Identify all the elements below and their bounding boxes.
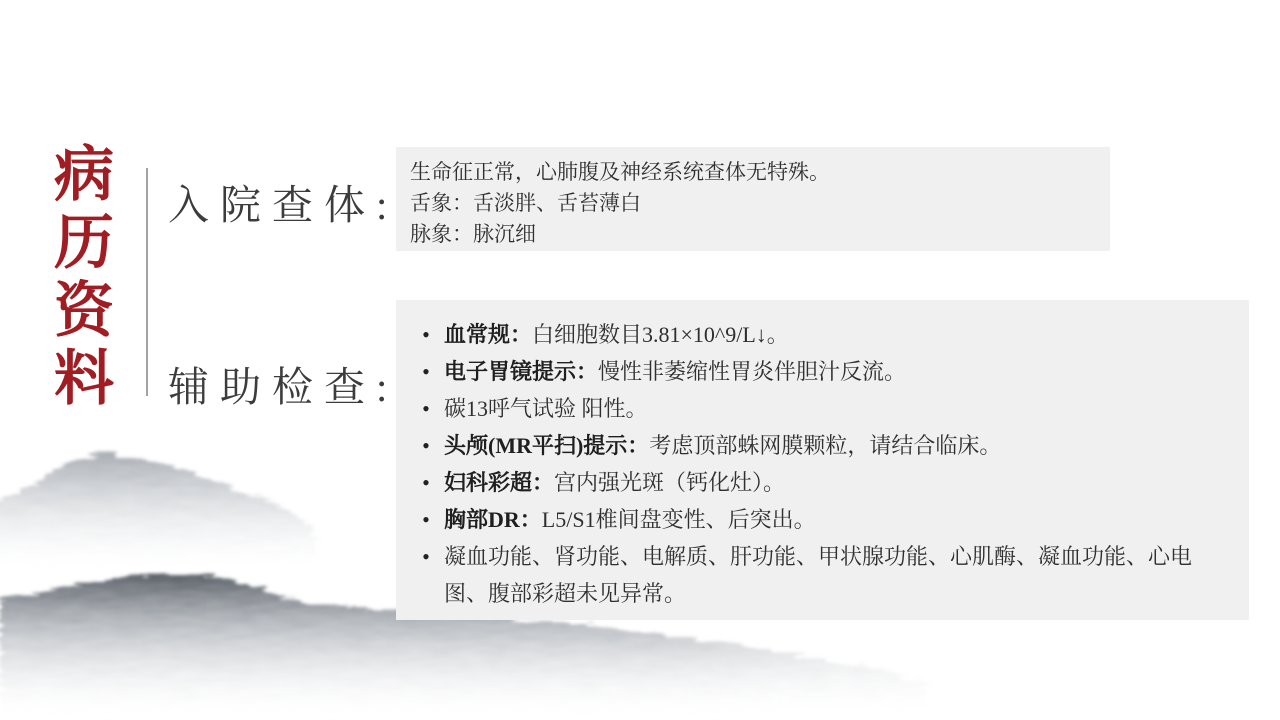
item-lead: 血常规： xyxy=(444,322,532,347)
item-text: 白细胞数目3.81×10^9/L↓。 xyxy=(532,322,789,347)
item-lead: 妇科彩超： xyxy=(444,470,554,495)
item-lead: 电子胃镜提示： xyxy=(444,359,598,384)
exam-line-vitals: 生命征正常，心肺腹及神经系统查体无特殊。 xyxy=(410,157,1094,188)
item-text: 考虑顶部蛛网膜颗粒，请结合临床。 xyxy=(649,433,1001,458)
list-item-chest-dr: • 胸部DR：L5/S1椎间盘变性、后突出。 xyxy=(408,501,1221,538)
bullet-icon: • xyxy=(408,538,444,575)
far-hill-shape xyxy=(0,454,318,575)
bullet-icon: • xyxy=(408,390,444,427)
list-item-head-mr: • 头颅(MR平扫)提示：考虑顶部蛛网膜颗粒，请结合临床。 xyxy=(408,427,1221,464)
list-item-breath-test: • 碳13呼气试验 阳性。 xyxy=(408,390,1221,427)
bullet-icon: • xyxy=(408,501,444,538)
list-item-gyn-ultrasound: • 妇科彩超：宫内强光斑（钙化灶）。 xyxy=(408,464,1221,501)
list-item-blood-routine: • 血常规：白细胞数目3.81×10^9/L↓。 xyxy=(408,316,1221,353)
item-lead: 胸部DR： xyxy=(444,507,542,532)
list-item-gastroscopy: • 电子胃镜提示：慢性非萎缩性胃炎伴胆汁反流。 xyxy=(408,353,1221,390)
bullet-icon: • xyxy=(408,316,444,353)
page-title: 病历资料 xyxy=(44,142,113,414)
title-divider xyxy=(146,168,148,396)
item-text: 宫内强光斑（钙化灶）。 xyxy=(554,470,785,495)
exam-line-tongue: 舌象：舌淡胖、舌苔薄白 xyxy=(410,188,1094,219)
bullet-icon: • xyxy=(408,464,444,501)
bullet-icon: • xyxy=(408,427,444,464)
item-text: 凝血功能、肾功能、电解质、肝功能、甲状腺功能、心肌酶、凝血功能、心电图、腹部彩超… xyxy=(444,544,1192,606)
exam-line-pulse: 脉象：脉沉细 xyxy=(410,219,1094,250)
item-text: 碳13呼气试验 阳性。 xyxy=(444,396,648,421)
item-lead: 头颅(MR平扫)提示： xyxy=(444,433,649,458)
auxiliary-exams-box: • 血常规：白细胞数目3.81×10^9/L↓。 • 电子胃镜提示：慢性非萎缩性… xyxy=(396,300,1249,620)
section-label-auxiliary-exams: 辅助检查: xyxy=(168,354,398,413)
item-text: 慢性非萎缩性胃炎伴胆汁反流。 xyxy=(598,359,906,384)
list-item-other-normals: • 凝血功能、肾功能、电解质、肝功能、甲状腺功能、心肌酶、凝血功能、心电图、腹部… xyxy=(408,538,1221,612)
admission-exam-box: 生命征正常，心肺腹及神经系统查体无特殊。 舌象：舌淡胖、舌苔薄白 脉象：脉沉细 xyxy=(396,147,1110,251)
bullet-icon: • xyxy=(408,353,444,390)
auxiliary-exams-list: • 血常规：白细胞数目3.81×10^9/L↓。 • 电子胃镜提示：慢性非萎缩性… xyxy=(408,316,1221,612)
slide: 病历资料 入院查体: 生命征正常，心肺腹及神经系统查体无特殊。 舌象：舌淡胖、舌… xyxy=(0,0,1280,720)
item-text: L5/S1椎间盘变性、后突出。 xyxy=(542,507,816,532)
section-label-admission-exam: 入院查体: xyxy=(168,172,398,231)
